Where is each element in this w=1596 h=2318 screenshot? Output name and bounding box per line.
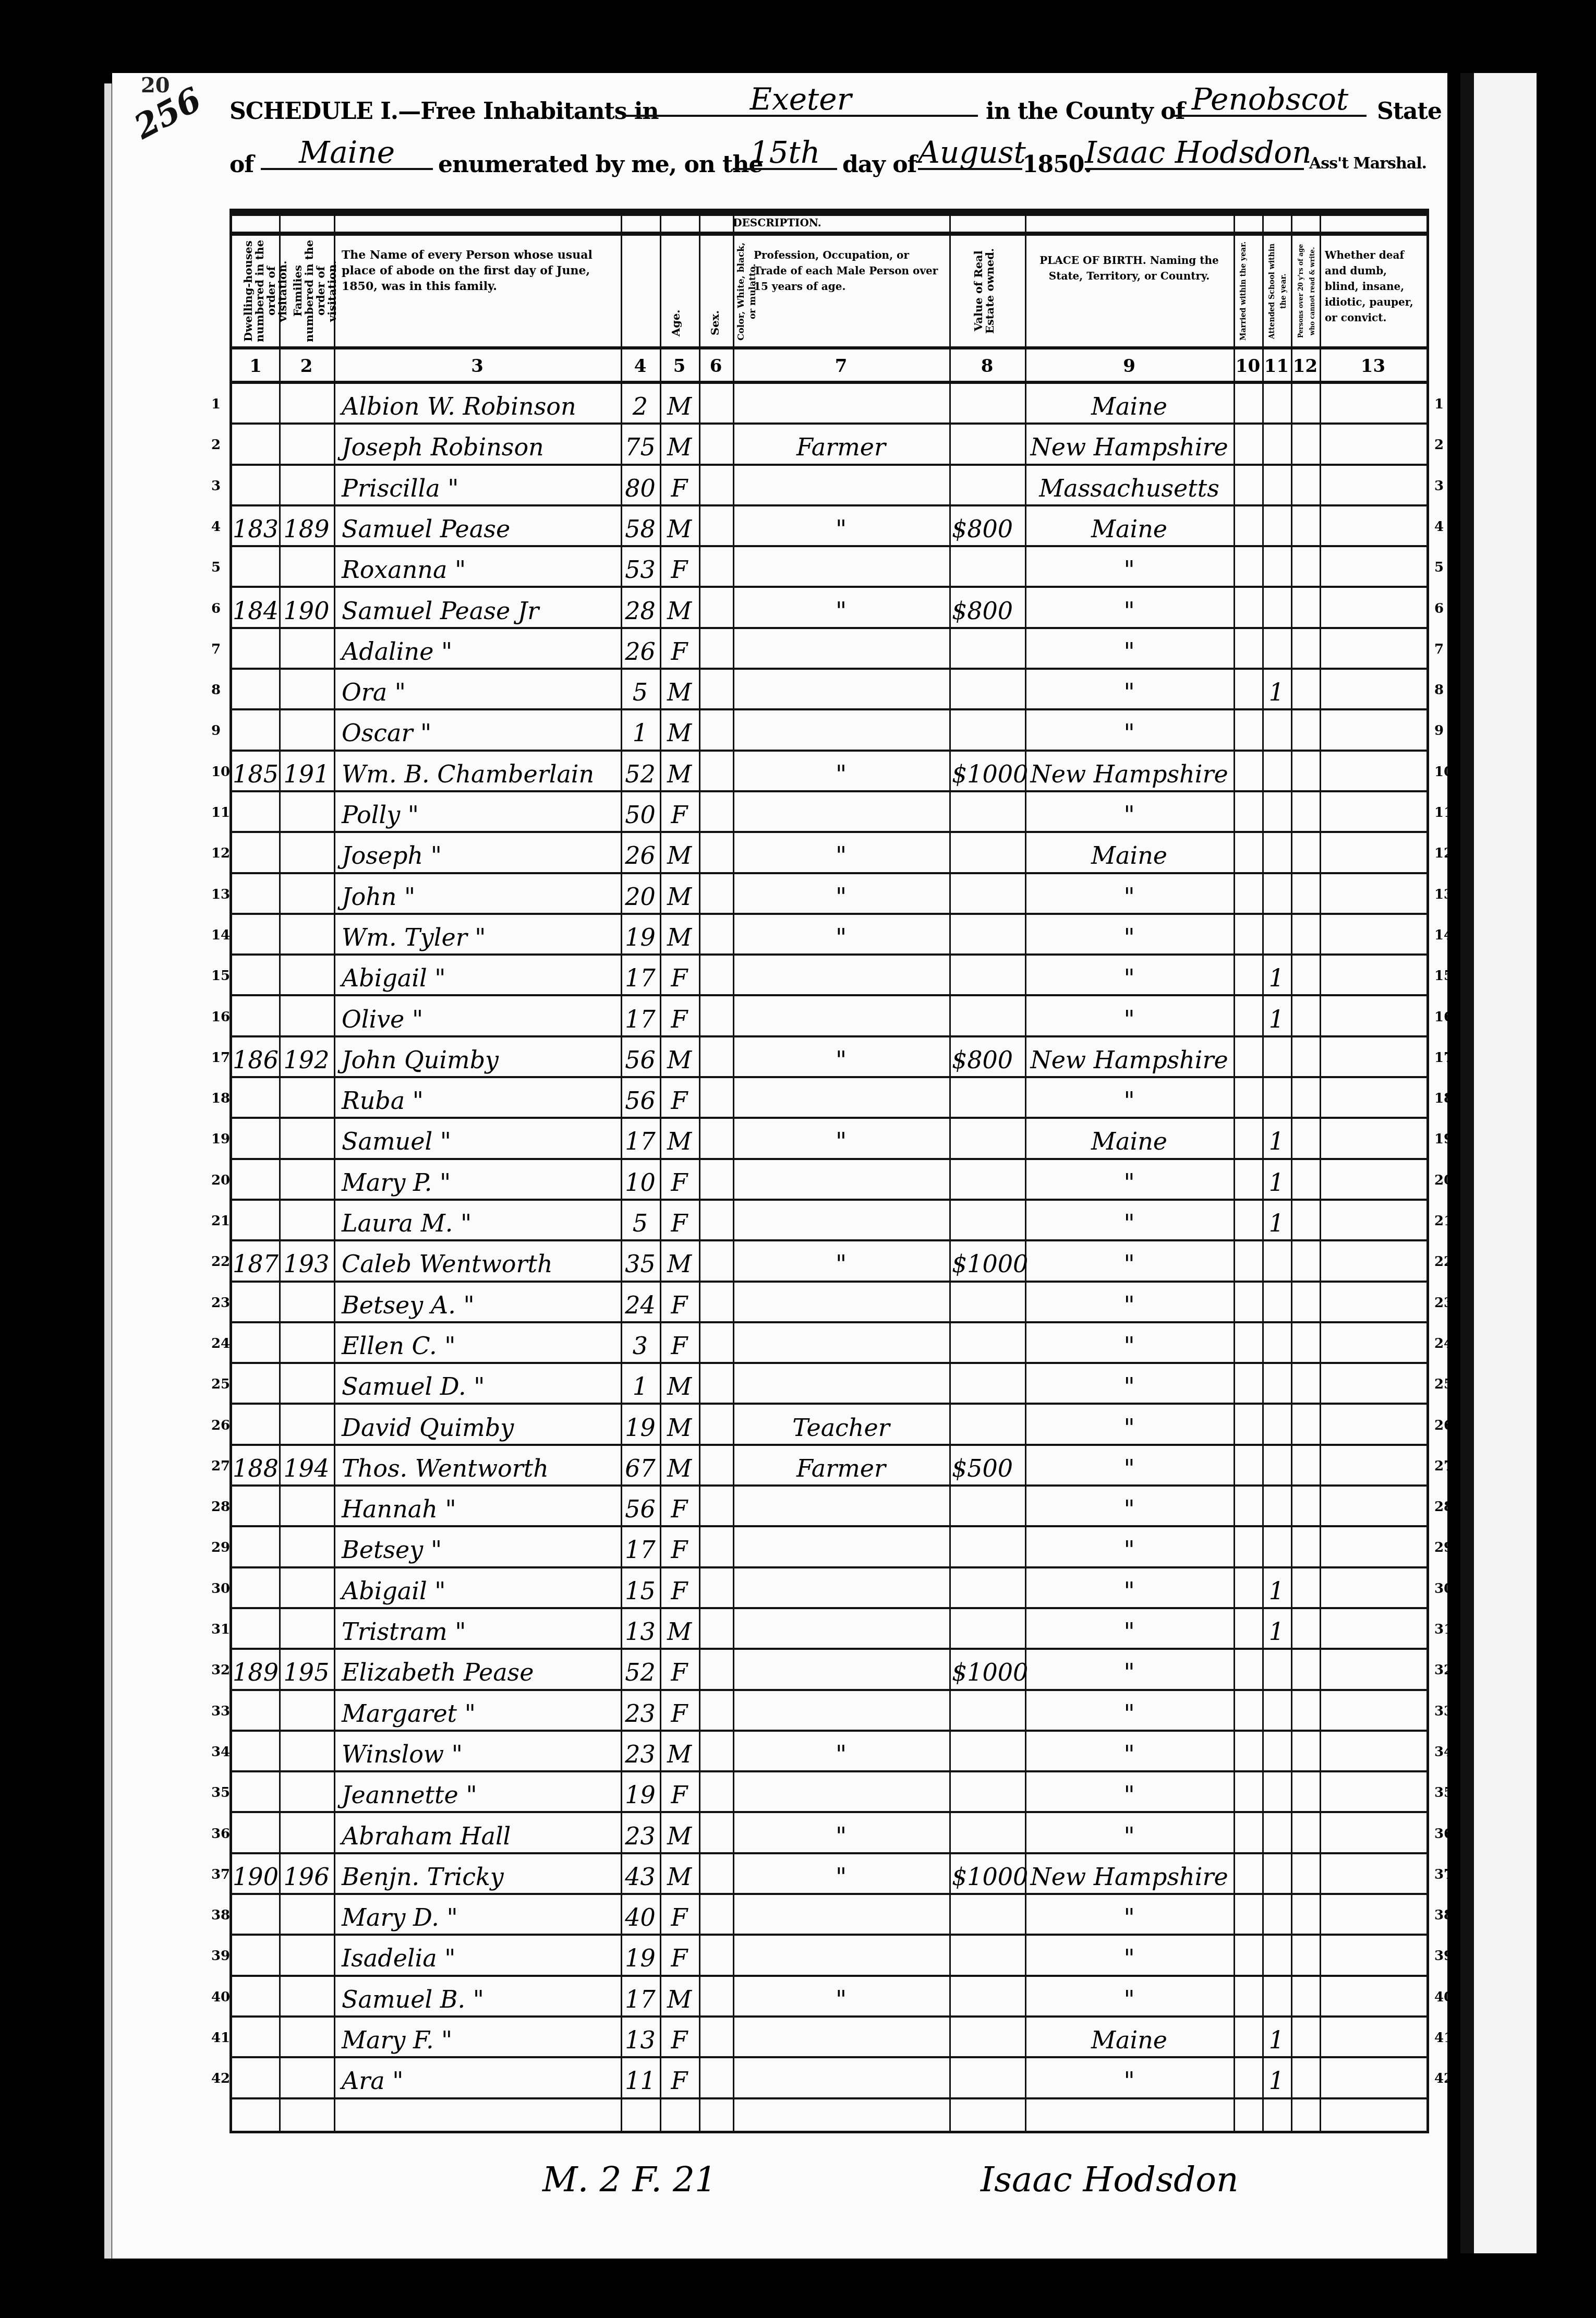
birthplace: " [1025, 792, 1234, 833]
line-number: 21 [1434, 1201, 1453, 1241]
line-number: 40 [1434, 1977, 1453, 2018]
attended-school-mark [1262, 466, 1291, 506]
dwelling-number: 190 [232, 1854, 279, 1895]
sex: M [660, 1609, 699, 1650]
table-row: Samuel B. "17M""4040 [232, 1977, 1426, 2018]
line-number: 8 [1434, 670, 1444, 710]
person-name: Ora " [342, 670, 621, 710]
occupation [733, 1160, 949, 1201]
line-number-left: 12 [211, 833, 230, 874]
dwelling-number [232, 547, 279, 588]
county-field: Penobscot [1174, 83, 1367, 117]
dwelling-number [232, 1201, 279, 1241]
attended-school-mark: 1 [1262, 1201, 1291, 1241]
real-estate-value [952, 1323, 1025, 1364]
occupation: " [733, 1814, 949, 1854]
attended-school-mark [1262, 915, 1291, 956]
attended-school-mark: 1 [1262, 997, 1291, 1037]
line-number-left: 34 [211, 1732, 230, 1772]
age: 3 [621, 1323, 660, 1364]
header-rule [232, 232, 1426, 236]
attended-school-mark [1262, 752, 1291, 792]
sex: F [660, 2018, 699, 2058]
family-number [279, 1814, 334, 1854]
age: 23 [621, 1814, 660, 1854]
sex: F [660, 1527, 699, 1568]
age: 56 [621, 1487, 660, 1527]
sex: M [660, 915, 699, 956]
line-number: 29 [1434, 1527, 1453, 1568]
dwelling-number [232, 1814, 279, 1854]
family-number: 192 [279, 1037, 334, 1078]
occupation: " [733, 874, 949, 915]
age: 17 [621, 1527, 660, 1568]
occupation: " [733, 1732, 949, 1772]
line-number: 17 [1434, 1037, 1453, 1078]
age: 5 [621, 670, 660, 710]
real-estate-value: $500 [952, 1446, 1025, 1487]
table-row: Priscilla "80FMassachusetts33 [232, 466, 1426, 506]
birthplace: Maine [1025, 384, 1234, 425]
age: 17 [621, 997, 660, 1037]
family-number [279, 1772, 334, 1813]
table-row: Samuel "17M"Maine11919 [232, 1119, 1426, 1160]
birthplace: Maine [1025, 1119, 1234, 1160]
real-estate-value [952, 874, 1025, 915]
table-row: Polly "50F"1111 [232, 792, 1426, 833]
person-name: Samuel " [342, 1119, 621, 1160]
line-number-left: 37 [211, 1854, 230, 1895]
birthplace: Massachusetts [1025, 466, 1234, 506]
attended-school-mark: 1 [1262, 2018, 1291, 2058]
attended-school-mark [1262, 588, 1291, 629]
table-row: 183189Samuel Pease58M"$800Maine44 [232, 506, 1426, 547]
dwelling-number [232, 915, 279, 956]
line-number-left: 40 [211, 1977, 230, 2018]
attended-school-mark [1262, 1487, 1291, 1527]
dwelling-number [232, 710, 279, 751]
family-number [279, 915, 334, 956]
person-name: Betsey " [342, 1527, 621, 1568]
dwelling-number: 187 [232, 1241, 279, 1282]
line-number: 10 [1434, 752, 1453, 792]
age: 17 [621, 1977, 660, 2018]
person-name: Ara " [342, 2058, 621, 2099]
dwelling-number [232, 425, 279, 465]
table-row: Oscar "1M"99 [232, 710, 1426, 751]
age: 19 [621, 1936, 660, 1976]
family-number [279, 425, 334, 465]
age: 15 [621, 1568, 660, 1609]
birthplace: " [1025, 956, 1234, 996]
person-name: Mary P. " [342, 1160, 621, 1201]
line-number: 1 [1434, 384, 1444, 425]
real-estate-value [952, 1078, 1025, 1119]
family-number [279, 1977, 334, 2018]
family-number [279, 547, 334, 588]
age: 80 [621, 466, 660, 506]
year-label: 1850. [1022, 151, 1092, 178]
dwelling-number [232, 833, 279, 874]
col-header-dwelling: Dwelling-houses numbered in the order of… [243, 239, 274, 343]
person-name: Jeannette " [342, 1772, 621, 1813]
adjacent-page-edge [1460, 73, 1537, 2253]
attended-school-mark [1262, 874, 1291, 915]
dwelling-number [232, 1364, 279, 1405]
occupation: Teacher [733, 1405, 949, 1446]
marshal-signature: Isaac Hodsdon [981, 2159, 1238, 2200]
table-row: Tristram "13M"13131 [232, 1609, 1426, 1650]
birthplace: " [1025, 1364, 1234, 1405]
real-estate-value [952, 1977, 1025, 2018]
enumerated-label: enumerated by me, on the [438, 151, 763, 178]
occupation [733, 1936, 949, 1976]
dwelling-number [232, 384, 279, 425]
occupation: " [733, 506, 949, 547]
attended-school-mark [1262, 1650, 1291, 1691]
line-number-left: 5 [211, 547, 221, 588]
occupation [733, 1609, 949, 1650]
occupation [733, 1772, 949, 1813]
sex-tally: M. 2 F. 21 [542, 2159, 717, 2200]
family-number: 189 [279, 506, 334, 547]
occupation [733, 2018, 949, 2058]
person-name: Elizabeth Pease [342, 1650, 621, 1691]
age: 20 [621, 874, 660, 915]
family-number [279, 2018, 334, 2058]
real-estate-value [952, 1895, 1025, 1936]
col-header-occupation: Profession, Occupation, or Trade of each… [754, 247, 941, 294]
town-field: Exeter [623, 83, 978, 117]
real-estate-value [952, 1487, 1025, 1527]
real-estate-value [952, 1936, 1025, 1976]
family-number: 190 [279, 588, 334, 629]
col-header-name: The Name of every Person whose usual pla… [342, 247, 613, 294]
person-name: Adaline " [342, 629, 621, 670]
census-table: DESCRIPTION. Dwelling-houses numbered in… [229, 209, 1429, 2133]
line-number-left: 38 [211, 1895, 230, 1936]
birthplace: " [1025, 588, 1234, 629]
line-number: 42 [1434, 2058, 1453, 2099]
table-row: Hannah "56F"2828 [232, 1487, 1426, 1527]
col-number: 5 [660, 356, 699, 377]
person-name: Benjn. Tricky [342, 1854, 621, 1895]
person-name: Hannah " [342, 1487, 621, 1527]
sex: F [660, 956, 699, 996]
sex: F [660, 997, 699, 1037]
occupation: " [733, 1854, 949, 1895]
family-number [279, 1568, 334, 1609]
sex: M [660, 1977, 699, 2018]
attended-school-mark [1262, 1977, 1291, 2018]
col-number: 4 [621, 356, 660, 377]
person-name: Betsey A. " [342, 1283, 621, 1323]
birthplace: New Hampshire [1025, 752, 1234, 792]
person-name: Mary F. " [342, 2018, 621, 2058]
line-number: 31 [1434, 1609, 1453, 1650]
table-row: Samuel D. "1M"2525 [232, 1364, 1426, 1405]
day-of-label: day of [842, 151, 916, 178]
birthplace: " [1025, 1977, 1234, 2018]
dwelling-number [232, 1405, 279, 1446]
table-row: 185191Wm. B. Chamberlain52M"$1000New Ham… [232, 752, 1426, 792]
attended-school-mark [1262, 1037, 1291, 1078]
birthplace: " [1025, 1160, 1234, 1201]
line-number-left: 27 [211, 1446, 230, 1487]
table-row: Laura M. "5F"12121 [232, 1201, 1426, 1241]
age: 56 [621, 1037, 660, 1078]
occupation: " [733, 752, 949, 792]
table-row: Mary D. "40F"3838 [232, 1895, 1426, 1936]
attended-school-mark [1262, 425, 1291, 465]
age: 58 [621, 506, 660, 547]
person-name: John " [342, 874, 621, 915]
family-number [279, 997, 334, 1037]
attended-school-mark [1262, 1283, 1291, 1323]
person-name: Samuel D. " [342, 1364, 621, 1405]
age: 67 [621, 1446, 660, 1487]
person-name: Roxanna " [342, 547, 621, 588]
table-row: Albion W. Robinson2MMaine11 [232, 384, 1426, 425]
line-number-left: 13 [211, 874, 230, 915]
occupation [733, 466, 949, 506]
family-number [279, 1691, 334, 1732]
birthplace: " [1025, 1487, 1234, 1527]
line-number-left: 22 [211, 1241, 230, 1282]
line-number: 33 [1434, 1691, 1453, 1732]
sex: M [660, 1446, 699, 1487]
dwelling-number [232, 1323, 279, 1364]
occupation [733, 1201, 949, 1241]
attended-school-mark [1262, 384, 1291, 425]
birthplace: " [1025, 1283, 1234, 1323]
col-number: 8 [949, 356, 1025, 377]
person-name: Samuel Pease Jr [342, 588, 621, 629]
age: 19 [621, 915, 660, 956]
dwelling-number [232, 1119, 279, 1160]
col-header-school: Attended School within the year. [1266, 239, 1287, 343]
birthplace: " [1025, 1201, 1234, 1241]
description-group-label: DESCRIPTION. [733, 215, 821, 231]
attended-school-mark [1262, 1854, 1291, 1895]
sex: M [660, 1241, 699, 1282]
attended-school-mark [1262, 1895, 1291, 1936]
age: 10 [621, 1160, 660, 1201]
sex: M [660, 588, 699, 629]
line-number-left: 9 [211, 710, 221, 751]
col-header-illiterate: Persons over 20 y'rs of age who cannot r… [1295, 239, 1316, 343]
person-name: Polly " [342, 792, 621, 833]
family-number [279, 1609, 334, 1650]
family-number [279, 1078, 334, 1119]
person-name: Samuel Pease [342, 506, 621, 547]
real-estate-value [952, 629, 1025, 670]
sex: F [660, 1650, 699, 1691]
person-name: Abigail " [342, 1568, 621, 1609]
line-number-left: 16 [211, 997, 230, 1037]
col-header-family: Families numbered in the order of visita… [292, 239, 323, 343]
sex: M [660, 1364, 699, 1405]
line-number: 15 [1434, 956, 1453, 996]
line-number: 41 [1434, 2018, 1453, 2058]
family-number [279, 1895, 334, 1936]
real-estate-value: $1000 [952, 1241, 1025, 1282]
dwelling-number [232, 1568, 279, 1609]
dwelling-number [232, 1772, 279, 1813]
age: 23 [621, 1691, 660, 1732]
line-number: 16 [1434, 997, 1453, 1037]
line-number: 39 [1434, 1936, 1453, 1976]
birthplace: New Hampshire [1025, 425, 1234, 465]
family-number [279, 874, 334, 915]
age: 1 [621, 1364, 660, 1405]
table-row: 189195Elizabeth Pease52F$1000"3232 [232, 1650, 1426, 1691]
line-number: 38 [1434, 1895, 1453, 1936]
col-header-sex: Sex. [709, 305, 725, 341]
line-number: 6 [1434, 588, 1444, 629]
dwelling-number: 188 [232, 1446, 279, 1487]
real-estate-value [952, 1364, 1025, 1405]
line-number-left: 36 [211, 1814, 230, 1854]
age: 28 [621, 588, 660, 629]
line-number-left: 6 [211, 588, 221, 629]
occupation: Farmer [733, 1446, 949, 1487]
real-estate-value [952, 1732, 1025, 1772]
age: 19 [621, 1772, 660, 1813]
dwelling-number: 185 [232, 752, 279, 792]
sex: M [660, 752, 699, 792]
person-name: John Quimby [342, 1037, 621, 1078]
occupation [733, 1691, 949, 1732]
birthplace: " [1025, 1936, 1234, 1976]
month-field: August [918, 137, 1022, 170]
line-number-left: 10 [211, 752, 230, 792]
line-number-left: 14 [211, 915, 230, 956]
line-number: 18 [1434, 1078, 1453, 1119]
person-name: Albion W. Robinson [342, 384, 621, 425]
table-row: Ora "5M"188 [232, 670, 1426, 710]
person-name: Samuel B. " [342, 1977, 621, 2018]
sex: F [660, 547, 699, 588]
col-number: 13 [1320, 356, 1426, 377]
line-number: 22 [1434, 1241, 1453, 1282]
table-row: 186192John Quimby56M"$800New Hampshire17… [232, 1037, 1426, 1078]
person-name: Ruba " [342, 1078, 621, 1119]
col-number: 11 [1262, 356, 1291, 377]
family-number [279, 466, 334, 506]
occupation: " [733, 1037, 949, 1078]
birthplace: " [1025, 1323, 1234, 1364]
attended-school-mark: 1 [1262, 1160, 1291, 1201]
birthplace: Maine [1025, 506, 1234, 547]
family-number [279, 1160, 334, 1201]
line-number: 12 [1434, 833, 1453, 874]
age: 56 [621, 1078, 660, 1119]
line-number-left: 39 [211, 1936, 230, 1976]
attended-school-mark: 1 [1262, 1119, 1291, 1160]
age: 1 [621, 710, 660, 751]
page-edge [104, 83, 112, 2264]
birthplace: " [1025, 1732, 1234, 1772]
sex: M [660, 506, 699, 547]
birthplace: " [1025, 915, 1234, 956]
attended-school-mark: 1 [1262, 2058, 1291, 2099]
line-number-left: 32 [211, 1650, 230, 1691]
birthplace: " [1025, 1568, 1234, 1609]
occupation [733, 384, 949, 425]
table-row: 187193Caleb Wentworth35M"$1000"2222 [232, 1241, 1426, 1282]
occupation: " [733, 1119, 949, 1160]
table-row: Betsey A. "24F"2323 [232, 1283, 1426, 1323]
occupation: " [733, 1977, 949, 2018]
line-number: 27 [1434, 1446, 1453, 1487]
dwelling-number [232, 956, 279, 996]
birthplace: " [1025, 629, 1234, 670]
occupation [733, 1568, 949, 1609]
row-rule [232, 2097, 1426, 2099]
table-row: Joseph "26M"Maine1212 [232, 833, 1426, 874]
person-name: Abigail " [342, 956, 621, 996]
dwelling-number [232, 670, 279, 710]
person-name: Isadelia " [342, 1936, 621, 1976]
line-number-left: 29 [211, 1527, 230, 1568]
line-number-left: 18 [211, 1078, 230, 1119]
sex: M [660, 1732, 699, 1772]
birthplace: " [1025, 1078, 1234, 1119]
line-number-left: 30 [211, 1568, 230, 1609]
dwelling-number: 189 [232, 1650, 279, 1691]
sex: F [660, 466, 699, 506]
line-number-left: 20 [211, 1160, 230, 1201]
family-number [279, 1487, 334, 1527]
birthplace: " [1025, 547, 1234, 588]
real-estate-value [952, 1814, 1025, 1854]
line-number-left: 28 [211, 1487, 230, 1527]
table-row: Betsey "17F"2929 [232, 1527, 1426, 1568]
real-estate-value [952, 547, 1025, 588]
sex: F [660, 1895, 699, 1936]
real-estate-value [952, 1119, 1025, 1160]
table-row: 190196Benjn. Tricky43M"$1000New Hampshir… [232, 1854, 1426, 1895]
line-number-left: 1 [211, 384, 221, 425]
marshal-label: Ass't Marshal. [1309, 154, 1426, 173]
table-row: Jeannette "19F"3535 [232, 1772, 1426, 1813]
dwelling-number [232, 1691, 279, 1732]
col-number: 6 [699, 356, 733, 377]
table-row: Mary P. "10F"12020 [232, 1160, 1426, 1201]
age: 35 [621, 1241, 660, 1282]
person-name: Ellen C. " [342, 1323, 621, 1364]
person-name: Olive " [342, 997, 621, 1037]
birthplace: " [1025, 2058, 1234, 2099]
schedule-label: SCHEDULE I.—Free Inhabitants in [229, 98, 659, 125]
dwelling-number [232, 874, 279, 915]
real-estate-value [952, 1160, 1025, 1201]
age: 75 [621, 425, 660, 465]
line-number: 34 [1434, 1732, 1453, 1772]
person-name: Joseph " [342, 833, 621, 874]
person-name: Laura M. " [342, 1201, 621, 1241]
attended-school-mark [1262, 547, 1291, 588]
age: 26 [621, 833, 660, 874]
line-number: 13 [1434, 874, 1453, 915]
age: 52 [621, 752, 660, 792]
real-estate-value [952, 915, 1025, 956]
family-number [279, 1405, 334, 1446]
family-number [279, 670, 334, 710]
occupation [733, 1487, 949, 1527]
real-estate-value: $800 [952, 1037, 1025, 1078]
